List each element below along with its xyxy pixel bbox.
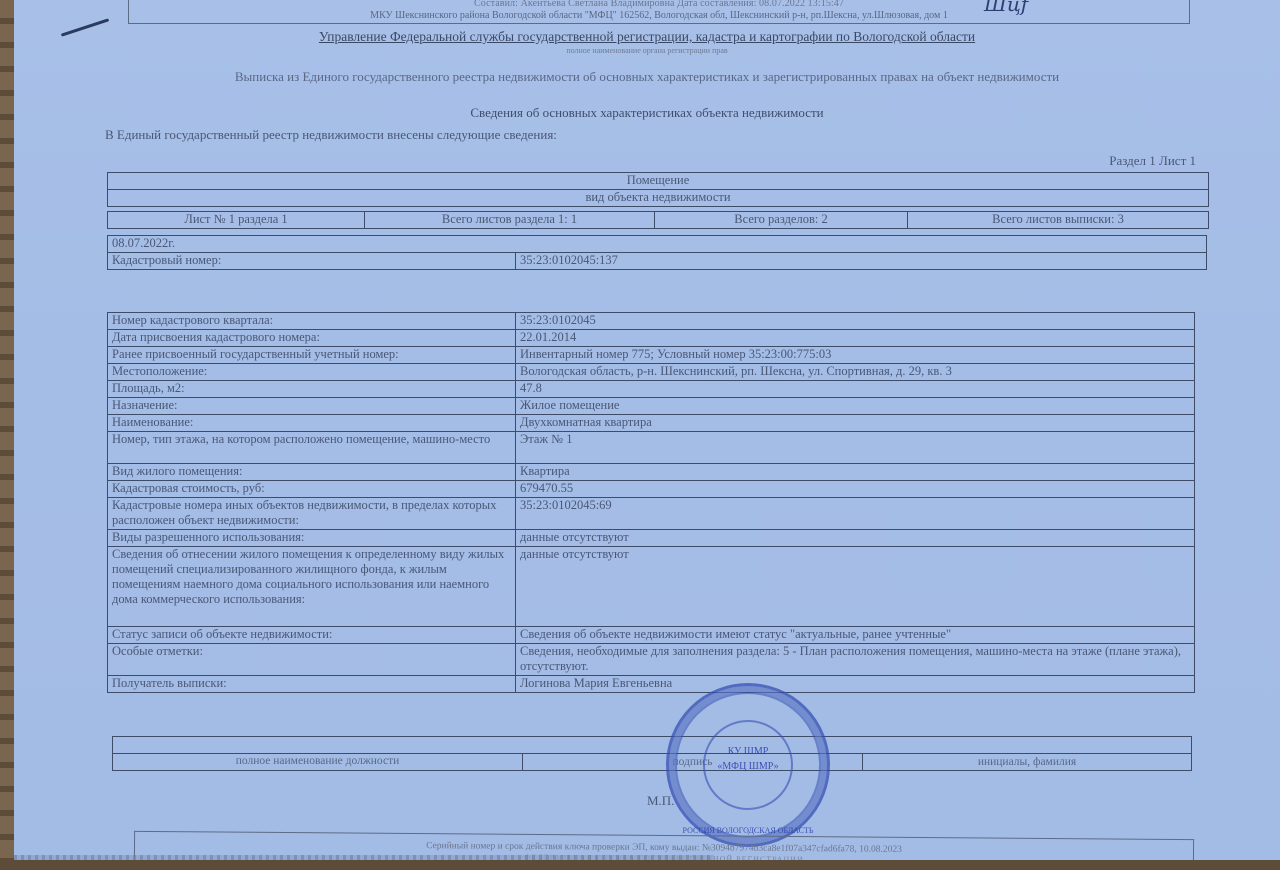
- table-row: Дата присвоения кадастрового номера:22.0…: [108, 330, 1195, 347]
- object-type-table: Помещение вид объекта недвижимости: [107, 172, 1209, 207]
- field-value: 35:23:0102045:69: [516, 498, 1195, 530]
- stamp-line1: КУ ШМР: [669, 746, 827, 757]
- composed-by-text: Составил: Акентьева Светлана Владимировн…: [129, 0, 1189, 9]
- field-value: 679470.55: [516, 481, 1195, 498]
- organization-title: Управление Федеральной службы государств…: [14, 29, 1280, 45]
- document-subtitle: Сведения об основных характеристиках объ…: [14, 105, 1280, 121]
- field-label: Статус записи об объекте недвижимости:: [108, 627, 516, 644]
- field-label: Назначение:: [108, 398, 516, 415]
- field-value: Инвентарный номер 775; Условный номер 35…: [516, 347, 1195, 364]
- field-value: Сведения об объекте недвижимости имеют с…: [516, 627, 1195, 644]
- table-row: Кадастровые номера иных объектов недвижи…: [108, 498, 1195, 530]
- position-caption: полное наименование должности: [113, 754, 523, 771]
- section-sheet-label: Раздел 1 Лист 1: [1109, 153, 1196, 169]
- seal-place-label: М.П.: [647, 793, 674, 809]
- sheets-in-section: Всего листов раздела 1: 1: [365, 212, 655, 229]
- field-value: 47.8: [516, 381, 1195, 398]
- sheet-number: Лист № 1 раздела 1: [108, 212, 365, 229]
- table-row: Наименование:Двухкомнатная квартира: [108, 415, 1195, 432]
- field-label: Кадастровая стоимость, руб:: [108, 481, 516, 498]
- table-row: Местоположение:Вологодская область, р-н.…: [108, 364, 1195, 381]
- field-label: Дата присвоения кадастрового номера:: [108, 330, 516, 347]
- characteristics-table: Номер кадастрового квартала:35:23:010204…: [107, 312, 1195, 693]
- table-row: Статус записи об объекте недвижимости:Св…: [108, 627, 1195, 644]
- intro-text: В Единый государственный реестр недвижим…: [105, 127, 557, 143]
- official-stamp: КУ ШМР «МФЦ ШМР» РОССИЯ ВОЛОГОДСКАЯ ОБЛА…: [666, 683, 830, 847]
- field-value: Этаж № 1: [516, 432, 1195, 464]
- object-type-caption: вид объекта недвижимости: [108, 190, 1209, 207]
- total-sections: Всего разделов: 2: [655, 212, 908, 229]
- field-label: Получатель выписки:: [108, 676, 516, 693]
- field-label: Ранее присвоенный государственный учетны…: [108, 347, 516, 364]
- table-row: Номер кадастрового квартала:35:23:010204…: [108, 313, 1195, 330]
- field-value: данные отсутствуют: [516, 530, 1195, 547]
- field-label: Наименование:: [108, 415, 516, 432]
- field-label: Вид жилого помещения:: [108, 464, 516, 481]
- field-label: Особые отметки:: [108, 644, 516, 676]
- sheets-table: Лист № 1 раздела 1 Всего листов раздела …: [107, 211, 1209, 229]
- field-value: данные отсутствуют: [516, 547, 1195, 627]
- handwritten-signature: Шцf: [984, 0, 1028, 16]
- field-value: Двухкомнатная квартира: [516, 415, 1195, 432]
- field-label: Номер кадастрового квартала:: [108, 313, 516, 330]
- field-label: Местоположение:: [108, 364, 516, 381]
- field-label: Сведения об отнесении жилого помещения к…: [108, 547, 516, 627]
- date-cadastral-table: 08.07.2022г. Кадастровый номер: 35:23:01…: [107, 235, 1207, 270]
- signature-table: полное наименование должности подпись ин…: [112, 736, 1192, 771]
- table-row: Вид жилого помещения:Квартира: [108, 464, 1195, 481]
- table-row: Особые отметки:Сведения, необходимые для…: [108, 644, 1195, 676]
- cadastral-number-label: Кадастровый номер:: [108, 253, 516, 270]
- table-row: Ранее присвоенный государственный учетны…: [108, 347, 1195, 364]
- desk-edge: [0, 860, 1280, 870]
- extract-date: 08.07.2022г.: [108, 236, 1207, 253]
- field-value: 22.01.2014: [516, 330, 1195, 347]
- composer-header-box: Составил: Акентьева Светлана Владимировн…: [128, 0, 1190, 24]
- stamp-ring-text: РОССИЯ ВОЛОГОДСКАЯ ОБЛАСТЬ: [669, 826, 827, 835]
- field-label: Площадь, м2:: [108, 381, 516, 398]
- object-type: Помещение: [108, 173, 1209, 190]
- field-label: Кадастровые номера иных объектов недвижи…: [108, 498, 516, 530]
- table-row: Получатель выписки:Логинова Мария Евгень…: [108, 676, 1195, 693]
- field-label: Номер, тип этажа, на котором расположено…: [108, 432, 516, 464]
- total-sheets: Всего листов выписки: 3: [908, 212, 1209, 229]
- table-row: Сведения об отнесении жилого помещения к…: [108, 547, 1195, 627]
- document-page: Составил: Акентьева Светлана Владимировн…: [14, 0, 1280, 862]
- table-row: Виды разрешенного использования:данные о…: [108, 530, 1195, 547]
- stamp-line2: «МФЦ ШМР»: [669, 761, 827, 772]
- field-value: Жилое помещение: [516, 398, 1195, 415]
- field-label: Виды разрешенного использования:: [108, 530, 516, 547]
- document-title: Выписка из Единого государственного реес…: [14, 69, 1280, 85]
- name-caption: инициалы, фамилия: [863, 754, 1192, 771]
- field-value: 35:23:0102045: [516, 313, 1195, 330]
- field-value: Вологодская область, р-н. Шекснинский, р…: [516, 364, 1195, 381]
- organization-caption: полное наименование органа регистрации п…: [14, 46, 1280, 55]
- field-value: Сведения, необходимые для заполнения раз…: [516, 644, 1195, 676]
- table-row: Кадастровая стоимость, руб:679470.55: [108, 481, 1195, 498]
- field-value: Квартира: [516, 464, 1195, 481]
- cadastral-number-value: 35:23:0102045:137: [516, 253, 1207, 270]
- desk-background: [0, 0, 14, 870]
- field-value: Логинова Мария Евгеньевна: [516, 676, 1195, 693]
- table-row: Назначение:Жилое помещение: [108, 398, 1195, 415]
- signature-blank-row: [113, 737, 1192, 754]
- table-row: Площадь, м2:47.8: [108, 381, 1195, 398]
- mfc-address-text: МКУ Шекснинского района Вологодской обла…: [129, 10, 1189, 21]
- table-row: Номер, тип этажа, на котором расположено…: [108, 432, 1195, 464]
